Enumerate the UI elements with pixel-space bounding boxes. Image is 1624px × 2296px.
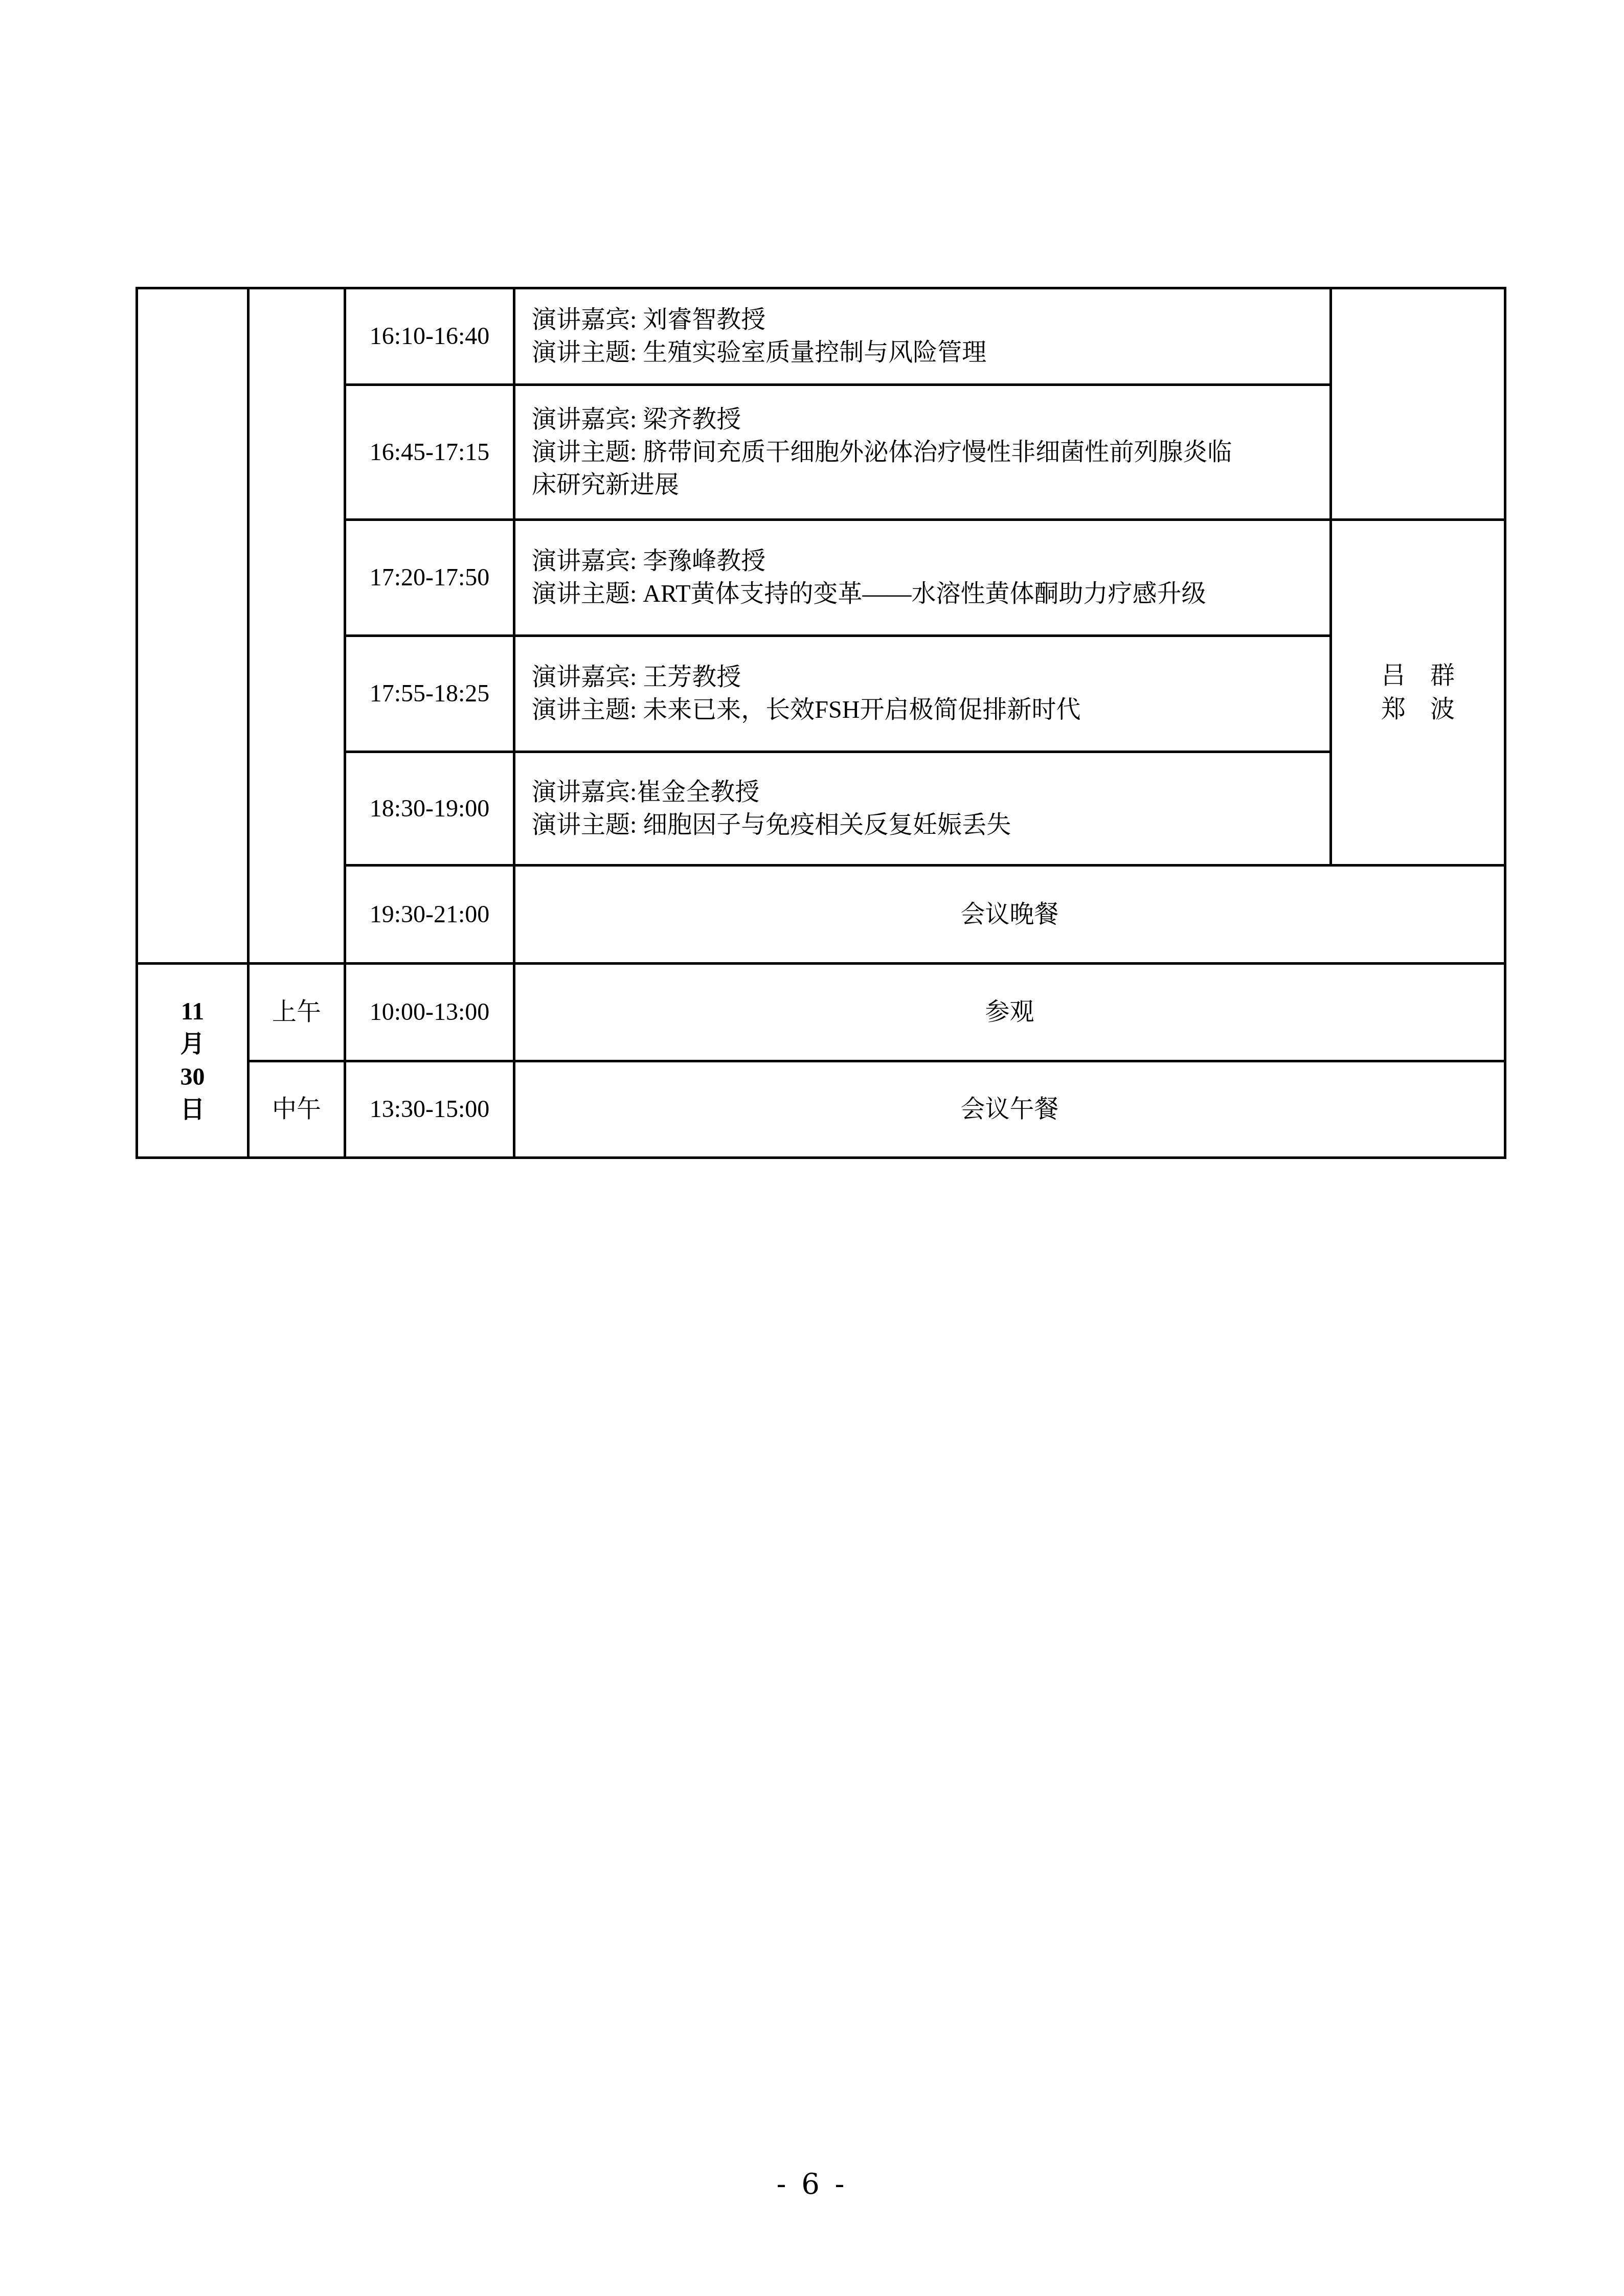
time-cell: 17:20-17:50: [345, 520, 514, 636]
speaker-line: 演讲嘉宾: 刘睿智教授: [532, 304, 1324, 336]
speaker-line: 演讲嘉宾: 李豫峰教授: [532, 545, 1324, 578]
period-cell: 上午: [249, 964, 345, 1061]
speaker-line: 演讲嘉宾:崔金全教授: [532, 776, 1324, 809]
activity-time: 13:30-15:00: [370, 1096, 490, 1123]
chair-name: 吕 群: [1332, 659, 1504, 693]
activity-time: 10:00-13:00: [370, 998, 490, 1026]
dinner-cell: 会议晚餐: [514, 866, 1505, 964]
conference-schedule-table: 16:10-16:40 演讲嘉宾: 刘睿智教授 演讲主题: 生殖实验室质量控制与…: [136, 287, 1506, 1159]
time-cell: 13:30-15:00: [345, 1061, 514, 1158]
time-cell: 18:30-19:00: [345, 752, 514, 866]
time-cell: 19:30-21:00: [345, 866, 514, 964]
topic-line-continued: 床研究新进展: [532, 469, 1324, 502]
topic-line: 演讲主题: 未来已来，长效FSH开启极简促排新时代: [532, 694, 1324, 726]
date-day-number: 30: [138, 1061, 247, 1094]
period-cell: 中午: [249, 1061, 345, 1158]
date-day-char: 日: [138, 1094, 247, 1126]
topic-line: 演讲主题: ART黄体支持的变革——水溶性黄体酮助力疗感升级: [532, 578, 1324, 610]
activity-label: 会议午餐: [960, 1096, 1058, 1123]
activity-cell: 会议午餐: [514, 1061, 1505, 1158]
time-cell: 16:10-16:40: [345, 288, 514, 385]
session-content-cell: 演讲嘉宾: 李豫峰教授 演讲主题: ART黄体支持的变革——水溶性黄体酮助力疗感…: [514, 520, 1331, 636]
chair-cell-2: 吕 群 郑 波: [1331, 520, 1505, 866]
chair-name: 郑 波: [1332, 693, 1504, 726]
topic-line: 演讲主题: 细胞因子与免疫相关反复妊娠丢失: [532, 809, 1324, 842]
session-content-cell: 演讲嘉宾:崔金全教授 演讲主题: 细胞因子与免疫相关反复妊娠丢失: [514, 752, 1331, 866]
period-cell-day1: [249, 288, 345, 964]
speaker-line: 演讲嘉宾: 王芳教授: [532, 661, 1324, 694]
period-label: 上午: [272, 998, 321, 1026]
time-cell: 17:55-18:25: [345, 636, 514, 752]
session-time: 17:55-18:25: [370, 680, 490, 707]
time-cell: 10:00-13:00: [345, 964, 514, 1061]
speaker-line: 演讲嘉宾: 梁齐教授: [532, 403, 1324, 436]
table-row: 11 月 30 日 上午 10:00-13:00 参观: [137, 964, 1505, 1061]
chair-cell-1: [1331, 288, 1505, 520]
session-content-cell: 演讲嘉宾: 梁齐教授 演讲主题: 脐带间充质干细胞外泌体治疗慢性非细菌性前列腺炎…: [514, 385, 1331, 520]
activity-cell: 参观: [514, 964, 1505, 1061]
session-content-cell: 演讲嘉宾: 刘睿智教授 演讲主题: 生殖实验室质量控制与风险管理: [514, 288, 1331, 385]
session-time: 16:10-16:40: [370, 323, 490, 350]
page-number: - 6 -: [0, 2168, 1624, 2201]
date-cell-day1: [137, 288, 249, 964]
session-time: 17:20-17:50: [370, 564, 490, 591]
topic-line: 演讲主题: 脐带间充质干细胞外泌体治疗慢性非细菌性前列腺炎临: [532, 436, 1324, 469]
date-month-number: 11: [138, 995, 247, 1028]
table-row: 中午 13:30-15:00 会议午餐: [137, 1061, 1505, 1158]
session-content-cell: 演讲嘉宾: 王芳教授 演讲主题: 未来已来，长效FSH开启极简促排新时代: [514, 636, 1331, 752]
date-month-char: 月: [138, 1028, 247, 1061]
period-label: 中午: [272, 1096, 321, 1123]
dinner-time: 19:30-21:00: [370, 901, 490, 928]
table-row: 16:10-16:40 演讲嘉宾: 刘睿智教授 演讲主题: 生殖实验室质量控制与…: [137, 288, 1505, 385]
date-cell-day2: 11 月 30 日: [137, 964, 249, 1158]
session-time: 16:45-17:15: [370, 439, 490, 466]
session-time: 18:30-19:00: [370, 795, 490, 822]
topic-line: 演讲主题: 生殖实验室质量控制与风险管理: [532, 336, 1324, 369]
time-cell: 16:45-17:15: [345, 385, 514, 520]
dinner-label: 会议晚餐: [960, 901, 1058, 928]
activity-label: 参观: [985, 998, 1034, 1026]
document-page: 16:10-16:40 演讲嘉宾: 刘睿智教授 演讲主题: 生殖实验室质量控制与…: [0, 0, 1624, 2296]
